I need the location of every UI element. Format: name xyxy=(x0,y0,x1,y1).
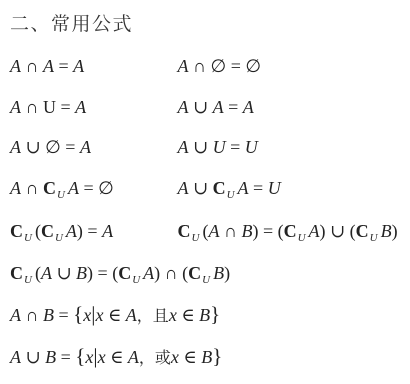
formula-segment: A xyxy=(238,178,249,198)
formula-segment: A xyxy=(43,56,54,76)
formula-segment: A xyxy=(10,97,21,117)
formula-segment: A xyxy=(66,221,77,241)
formula-intersection-setbuilder: A ∩ B = {x|x ∈ A，且x ∈ B} xyxy=(10,301,220,330)
formula-segment: = xyxy=(224,97,243,117)
formula-segment: C xyxy=(284,221,297,241)
formula-segment: A xyxy=(10,178,21,198)
formula-segment: U xyxy=(298,232,306,244)
formula-segment: B xyxy=(381,221,392,241)
formula-segment: U xyxy=(24,232,32,244)
formula-segment: U xyxy=(43,97,56,117)
formula-segment: U xyxy=(245,137,258,157)
formula-segment: A xyxy=(73,56,84,76)
formula-segment: } xyxy=(212,344,222,368)
formula-sheet: 二、常用公式 A ∩ A = A A ∩ ∅ = ∅ A ∩ U = A A ∪… xyxy=(0,0,410,384)
formula-intersection-universe: A ∩ U = A xyxy=(10,94,173,120)
formula-segment: ∩ xyxy=(219,221,241,241)
formula-segment: U xyxy=(227,189,235,201)
formula-segment: = xyxy=(54,305,73,325)
formula-segment: ，且 xyxy=(137,308,169,325)
formula-segment: A xyxy=(10,347,21,367)
formula-segment: = xyxy=(79,178,98,198)
formula-segment: C xyxy=(41,221,54,241)
formula-segment: U xyxy=(268,178,281,198)
formula-segment: A xyxy=(10,137,21,157)
formula-segment: B xyxy=(201,347,212,367)
formula-segment: U xyxy=(55,232,63,244)
formula-segment: ∅ xyxy=(98,178,114,198)
formula-segment: A xyxy=(309,221,320,241)
formula-segment: ∈ xyxy=(103,305,125,325)
formula-segment: B xyxy=(43,305,54,325)
formula-segment: U xyxy=(132,274,140,286)
formula-segment: ) ∪ ( xyxy=(320,221,356,241)
formula-segment: C xyxy=(213,178,226,198)
formula-intersection-empty: A ∩ ∅ = ∅ xyxy=(178,53,262,79)
formula-segment: A xyxy=(128,347,139,367)
formula-segment: C xyxy=(10,221,23,241)
formula-row-4: A ∩ CUA = ∅ A ∪ CUA = U xyxy=(10,175,281,208)
formula-union-universe: A ∪ U = U xyxy=(178,134,258,160)
formula-union-setbuilder: A ∪ B = {x|x ∈ A，或x ∈ B} xyxy=(10,343,222,372)
formula-segment: ) xyxy=(224,263,230,283)
formula-segment: B xyxy=(76,263,87,283)
formula-segment: B xyxy=(213,263,224,283)
formula-segment: ∪ xyxy=(189,178,213,198)
formula-segment: C xyxy=(188,263,201,283)
formula-segment: B xyxy=(241,221,252,241)
formula-segment: U xyxy=(370,232,378,244)
formula-segment: C xyxy=(10,263,23,283)
formula-segment: x xyxy=(169,305,177,325)
formula-segment: A xyxy=(126,305,137,325)
formula-segment: = xyxy=(226,137,245,157)
formula-segment: A xyxy=(41,263,52,283)
formula-segment: = xyxy=(61,137,80,157)
formula-segment: ∅ xyxy=(245,56,261,76)
formula-segment: = xyxy=(54,56,73,76)
formula-segment: = xyxy=(249,178,268,198)
formula-segment: ∪ xyxy=(189,137,213,157)
formula-union-empty: A ∪ ∅ = A xyxy=(10,134,173,160)
formula-segment: ∪ xyxy=(52,263,76,283)
formula-segment: U xyxy=(192,232,200,244)
formula-segment: C xyxy=(356,221,369,241)
formula-segment: x xyxy=(171,347,179,367)
formula-segment: ∅ xyxy=(45,137,61,157)
formula-segment: ∩ xyxy=(21,305,43,325)
formula-union-idempotent: A ∪ A = A xyxy=(178,94,254,120)
formula-demorgan-union: CU(A ∪ B) = (CUA) ∩ (CUB) xyxy=(10,260,230,293)
formula-segment: ∈ xyxy=(177,305,199,325)
formula-segment: C xyxy=(43,178,56,198)
formula-segment: A xyxy=(208,221,219,241)
formula-segment: C xyxy=(118,263,131,283)
formula-segment: B xyxy=(199,305,210,325)
formula-row-5: CU(CUA) = A CU(A ∩ B) = (CUA) ∪ (CUB) xyxy=(10,218,398,251)
formula-segment: ∈ xyxy=(179,347,201,367)
formula-segment: A xyxy=(143,263,154,283)
formula-segment: U xyxy=(24,274,32,286)
formula-segment: A xyxy=(178,178,189,198)
formula-segment: A xyxy=(178,137,189,157)
formula-segment: A xyxy=(80,137,91,157)
formula-row-3: A ∪ ∅ = A A ∪ U = U xyxy=(10,134,258,160)
formula-intersection-idempotent: A ∩ A = A xyxy=(10,53,173,79)
formula-segment: C xyxy=(178,221,191,241)
formula-segment: ) = ( xyxy=(252,221,283,241)
formula-segment: A xyxy=(10,56,21,76)
formula-segment: A xyxy=(243,97,254,117)
formula-segment: ∩ xyxy=(189,56,211,76)
formula-double-complement: CU(CUA) = A xyxy=(10,218,173,251)
formula-segment: A xyxy=(10,305,21,325)
formula-demorgan-intersection: CU(A ∩ B) = (CUA) ∪ (CUB) xyxy=(178,218,398,251)
formula-segment: x xyxy=(98,347,106,367)
formula-row-8: A ∪ B = {x|x ∈ A，或x ∈ B} xyxy=(10,343,222,372)
formula-segment: ∩ xyxy=(21,97,43,117)
formula-segment: ) ∩ ( xyxy=(154,263,188,283)
formula-segment: { xyxy=(75,344,85,368)
formula-segment: ∅ xyxy=(211,56,227,76)
formula-segment: = xyxy=(226,56,245,76)
formula-segment: ∪ xyxy=(21,137,45,157)
formula-row-2: A ∩ U = A A ∪ A = A xyxy=(10,94,254,120)
formula-segment: A xyxy=(178,56,189,76)
formula-segment: } xyxy=(210,302,220,326)
formula-segment: A xyxy=(75,97,86,117)
formula-segment: ∩ xyxy=(21,56,43,76)
formula-row-1: A ∩ A = A A ∩ ∅ = ∅ xyxy=(10,53,261,79)
formula-segment: U xyxy=(213,137,226,157)
formula-segment: ∈ xyxy=(106,347,128,367)
formula-segment: B xyxy=(45,347,56,367)
formula-row-7: A ∩ B = {x|x ∈ A，且x ∈ B} xyxy=(10,301,220,330)
formula-segment: ∪ xyxy=(21,347,45,367)
formula-segment: { xyxy=(73,302,83,326)
formula-segment: A xyxy=(178,97,189,117)
formula-segment: ) xyxy=(392,221,398,241)
formula-segment: = xyxy=(56,97,75,117)
formula-intersection-complement: A ∩ CUA = ∅ xyxy=(10,175,173,208)
formula-segment: ∪ xyxy=(189,97,213,117)
formula-segment: ∩ xyxy=(21,178,43,198)
formula-segment: A xyxy=(213,97,224,117)
formula-segment: ) = ( xyxy=(87,263,118,283)
formula-segment: U xyxy=(202,274,210,286)
formula-segment: A xyxy=(102,221,113,241)
formula-segment: U xyxy=(57,189,65,201)
formula-union-complement: A ∪ CUA = U xyxy=(178,175,281,208)
formula-segment: ，或 xyxy=(139,350,171,367)
formula-segment: A xyxy=(68,178,79,198)
formula-row-6: CU(A ∪ B) = (CUA) ∩ (CUB) xyxy=(10,260,230,293)
section-title: 二、常用公式 xyxy=(10,9,133,36)
formula-segment: = xyxy=(56,347,75,367)
formula-segment: ) = xyxy=(77,221,102,241)
